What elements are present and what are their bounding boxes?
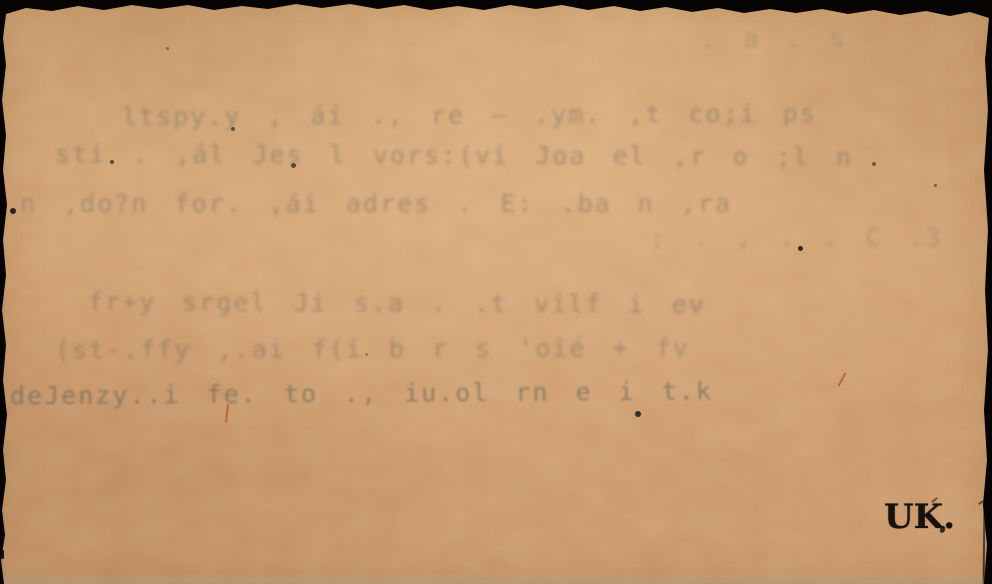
ghost-typewriter-line: (st-.ffy ,.ai f(i b r s 'oié + fv [55,332,940,364]
ink-speck [934,184,937,187]
paper-card: . a . s — ltspy.y , ái ., re — .ym. ,t c… [0,0,992,584]
scratch-line-hook [978,499,986,505]
ink-speck [231,127,235,131]
scan-background: . a . s — ltspy.y , ái ., re — .ym. ,t c… [0,0,992,584]
ink-speck [291,163,296,168]
ghost-typewriter-line: fr+y srgel Ji s.a . .t vilf i ev [88,287,888,319]
paper-fiber [365,353,368,356]
ghost-typewriter-line: sti . ,ál Jes l vors:(vi Joa el ,r o ;l … [55,139,970,171]
ink-speck [166,47,169,50]
edge-fleck [0,535,4,542]
ink-speck [10,208,16,214]
ink-speck [635,411,641,417]
ghost-typewriter-line: n ,do?n for. ,ái adres . E: .ba n ,ra [20,189,945,218]
ink-speck [872,162,876,166]
edge-fleck [1,550,4,559]
ghost-typewriter-line: ltspy.y , ái ., re — .ym. ,t co;i ps [122,98,972,131]
ink-speck [110,160,114,164]
paper-fiber [225,404,229,423]
ghost-typewriter-line: ; . , . . C .3C [650,223,940,252]
ink-speck [798,246,803,251]
ghost-typewriter-smudge: . a . s — [700,23,860,53]
bottom-edge-band [0,574,992,584]
edge-fleck [0,470,3,476]
scratch-line [983,503,986,584]
ghost-typewriter-line: deJenzy..i fe. to ., iu.ol rn e i t.k [10,375,965,411]
